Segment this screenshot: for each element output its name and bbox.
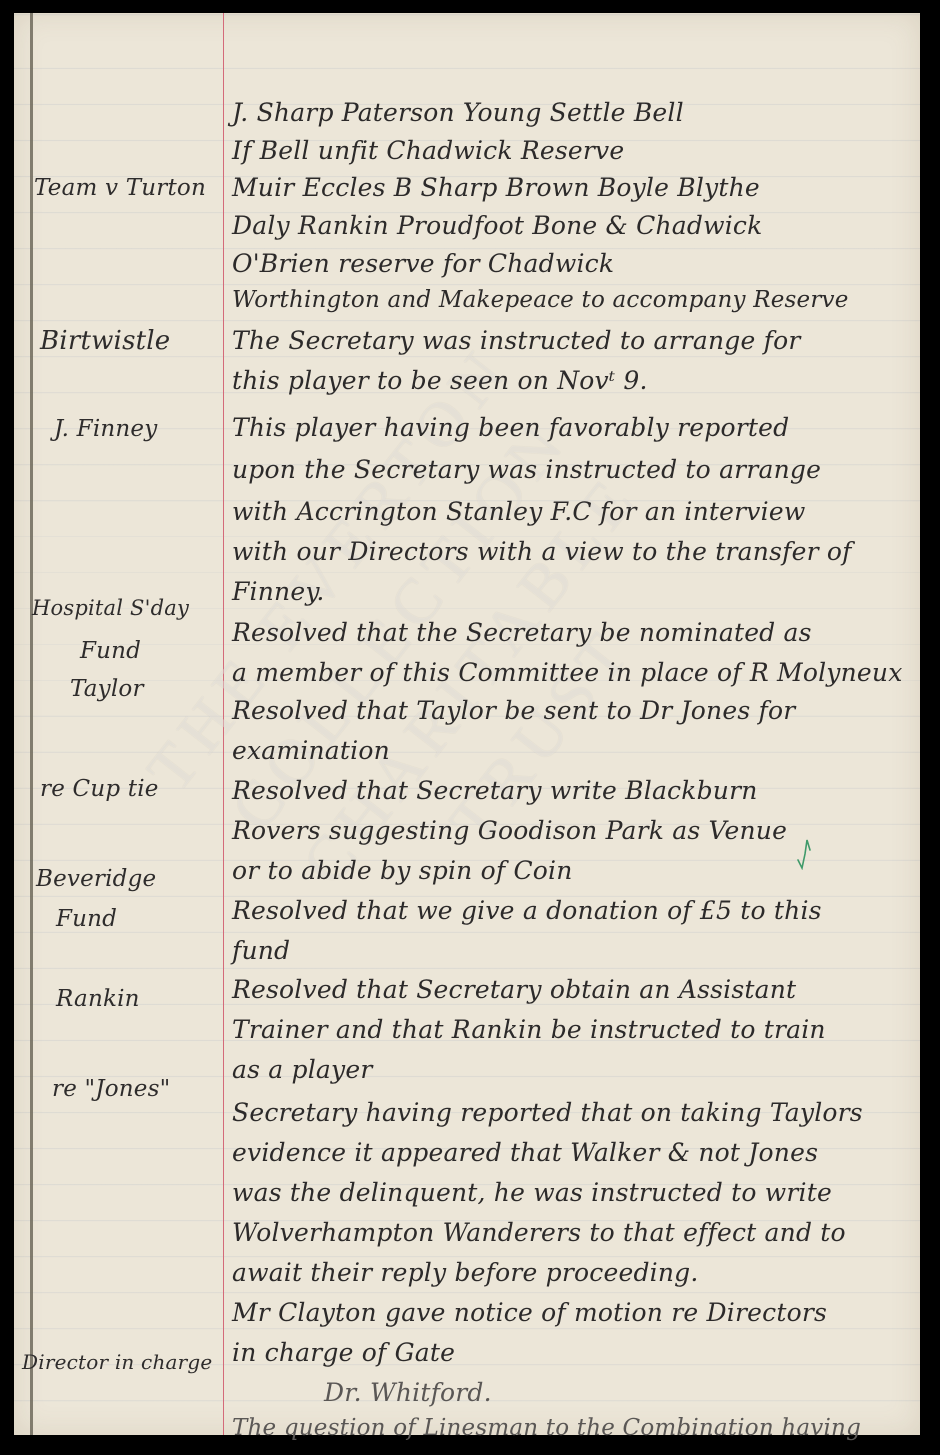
body-line: Rovers suggesting Goodison Park as Venue <box>232 816 787 845</box>
body-line: or to abide by spin of Coin <box>232 856 573 885</box>
body-line: Finney. <box>232 577 325 606</box>
body-line: with Accrington Stanley F.C for an inter… <box>232 497 805 526</box>
body-line: If Bell unfit Chadwick Reserve <box>232 136 624 165</box>
margin-note-taylor: Taylor <box>70 676 144 702</box>
body-line: The Secretary was instructed to arrange … <box>232 326 801 355</box>
body-line: this player to be seen on Novᵗ 9. <box>232 366 648 395</box>
body-line: with our Directors with a view to the tr… <box>232 537 852 566</box>
body-line: Resolved that the Secretary be nominated… <box>232 618 812 647</box>
body-line: J. Sharp Paterson Young Settle Bell <box>232 98 684 127</box>
margin-note-hospital-fund: Fund <box>80 638 141 664</box>
body-line: Resolved that Secretary write Blackburn <box>232 776 758 805</box>
margin-note-hospital-sunday: Hospital S'day <box>32 596 189 620</box>
margin-note-birtwistle: Birtwistle <box>40 326 170 356</box>
margin-note-cup-tie: re Cup tie <box>40 776 159 802</box>
body-line: This player having been favorably report… <box>232 413 789 442</box>
margin-note-team-v-turton: Team v Turton <box>34 175 206 201</box>
body-line: examination <box>232 736 390 765</box>
red-margin-rule <box>223 13 224 1435</box>
binding-edge <box>30 13 33 1435</box>
body-line: Muir Eccles B Sharp Brown Boyle Blythe <box>232 173 760 202</box>
body-line: Wolverhampton Wanderers to that effect a… <box>232 1218 846 1247</box>
body-line: The question of Linesman to the Combinat… <box>232 1415 861 1441</box>
body-line: as a player <box>232 1055 373 1084</box>
green-tick-mark-icon <box>797 836 811 870</box>
body-line: a member of this Committee in place of R… <box>232 658 903 687</box>
body-line: was the delinquent, he was instructed to… <box>232 1178 832 1207</box>
margin-note-beveridge: Beveridge <box>36 866 156 892</box>
margin-note-finney: J. Finney <box>54 416 157 442</box>
margin-note-rankin: Rankin <box>56 986 140 1012</box>
body-line: await their reply before proceeding. <box>232 1258 699 1287</box>
margin-note-re-jones: re "Jones" <box>52 1076 170 1102</box>
body-line: Mr Clayton gave notice of motion re Dire… <box>232 1298 827 1327</box>
body-line: Trainer and that Rankin be instructed to… <box>232 1015 826 1044</box>
body-line: Resolved that Taylor be sent to Dr Jones… <box>232 696 795 725</box>
body-line: Daly Rankin Proudfoot Bone & Chadwick <box>232 211 762 240</box>
margin-note-beveridge-fund: Fund <box>56 906 117 932</box>
body-line-whitford: Dr. Whitford. <box>324 1378 492 1407</box>
body-line: Resolved that we give a donation of £5 t… <box>232 896 822 925</box>
body-line: Resolved that Secretary obtain an Assist… <box>232 975 796 1004</box>
body-line: evidence it appeared that Walker & not J… <box>232 1138 818 1167</box>
body-line: upon the Secretary was instructed to arr… <box>232 455 821 484</box>
body-line: Secretary having reported that on taking… <box>232 1098 863 1127</box>
body-line: O'Brien reserve for Chadwick <box>232 249 614 278</box>
minute-book-page: THE EVERTON COLLECTION CHARITABLE TRUST … <box>14 13 920 1435</box>
body-line: in charge of Gate <box>232 1338 455 1367</box>
body-line: Worthington and Makepeace to accompany R… <box>232 287 849 313</box>
body-line: fund <box>232 936 290 965</box>
margin-note-director-in-charge: Director in charge <box>22 1350 212 1374</box>
